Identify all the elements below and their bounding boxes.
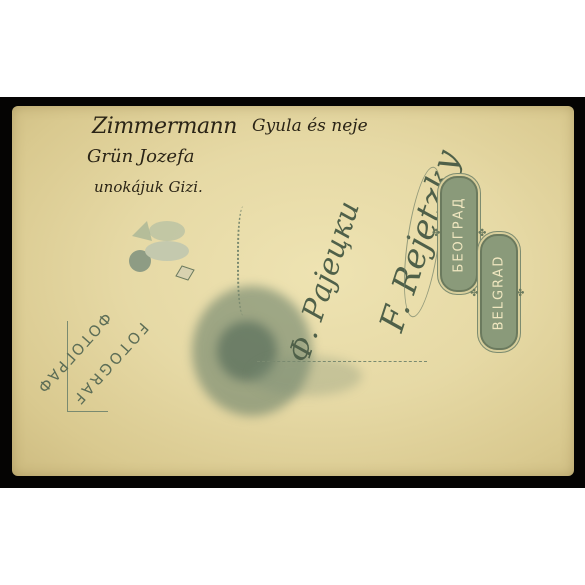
city-badge-cyrillic: БЕОГРАД xyxy=(440,176,478,292)
city-label-latin: BELGRAD xyxy=(492,254,507,330)
cherub-icon xyxy=(112,206,202,296)
handwritten-name-1b: Gyula és neje xyxy=(252,116,368,136)
handwritten-name-1: Zimmermann xyxy=(92,114,237,139)
photo-card-back: Zimmermann Gyula és neje Grün Jozefa uno… xyxy=(12,106,574,476)
fleuron-icon: ✤ xyxy=(432,228,440,239)
scroll-flourish xyxy=(257,361,427,368)
city-label-cyrillic: БЕОГРАД xyxy=(452,196,467,272)
scroll-vine-ornament xyxy=(237,206,253,316)
signature-cyrillic: Ф. Рајецки xyxy=(282,197,367,367)
city-badge-latin: BELGRAD xyxy=(480,234,518,350)
fleuron-icon: ✤ xyxy=(470,288,478,299)
handwritten-name-3: unokájuk Gizi. xyxy=(94,178,203,196)
handwritten-name-2: Grün Jozefa xyxy=(87,146,194,167)
fleuron-icon: ✤ xyxy=(516,288,524,299)
